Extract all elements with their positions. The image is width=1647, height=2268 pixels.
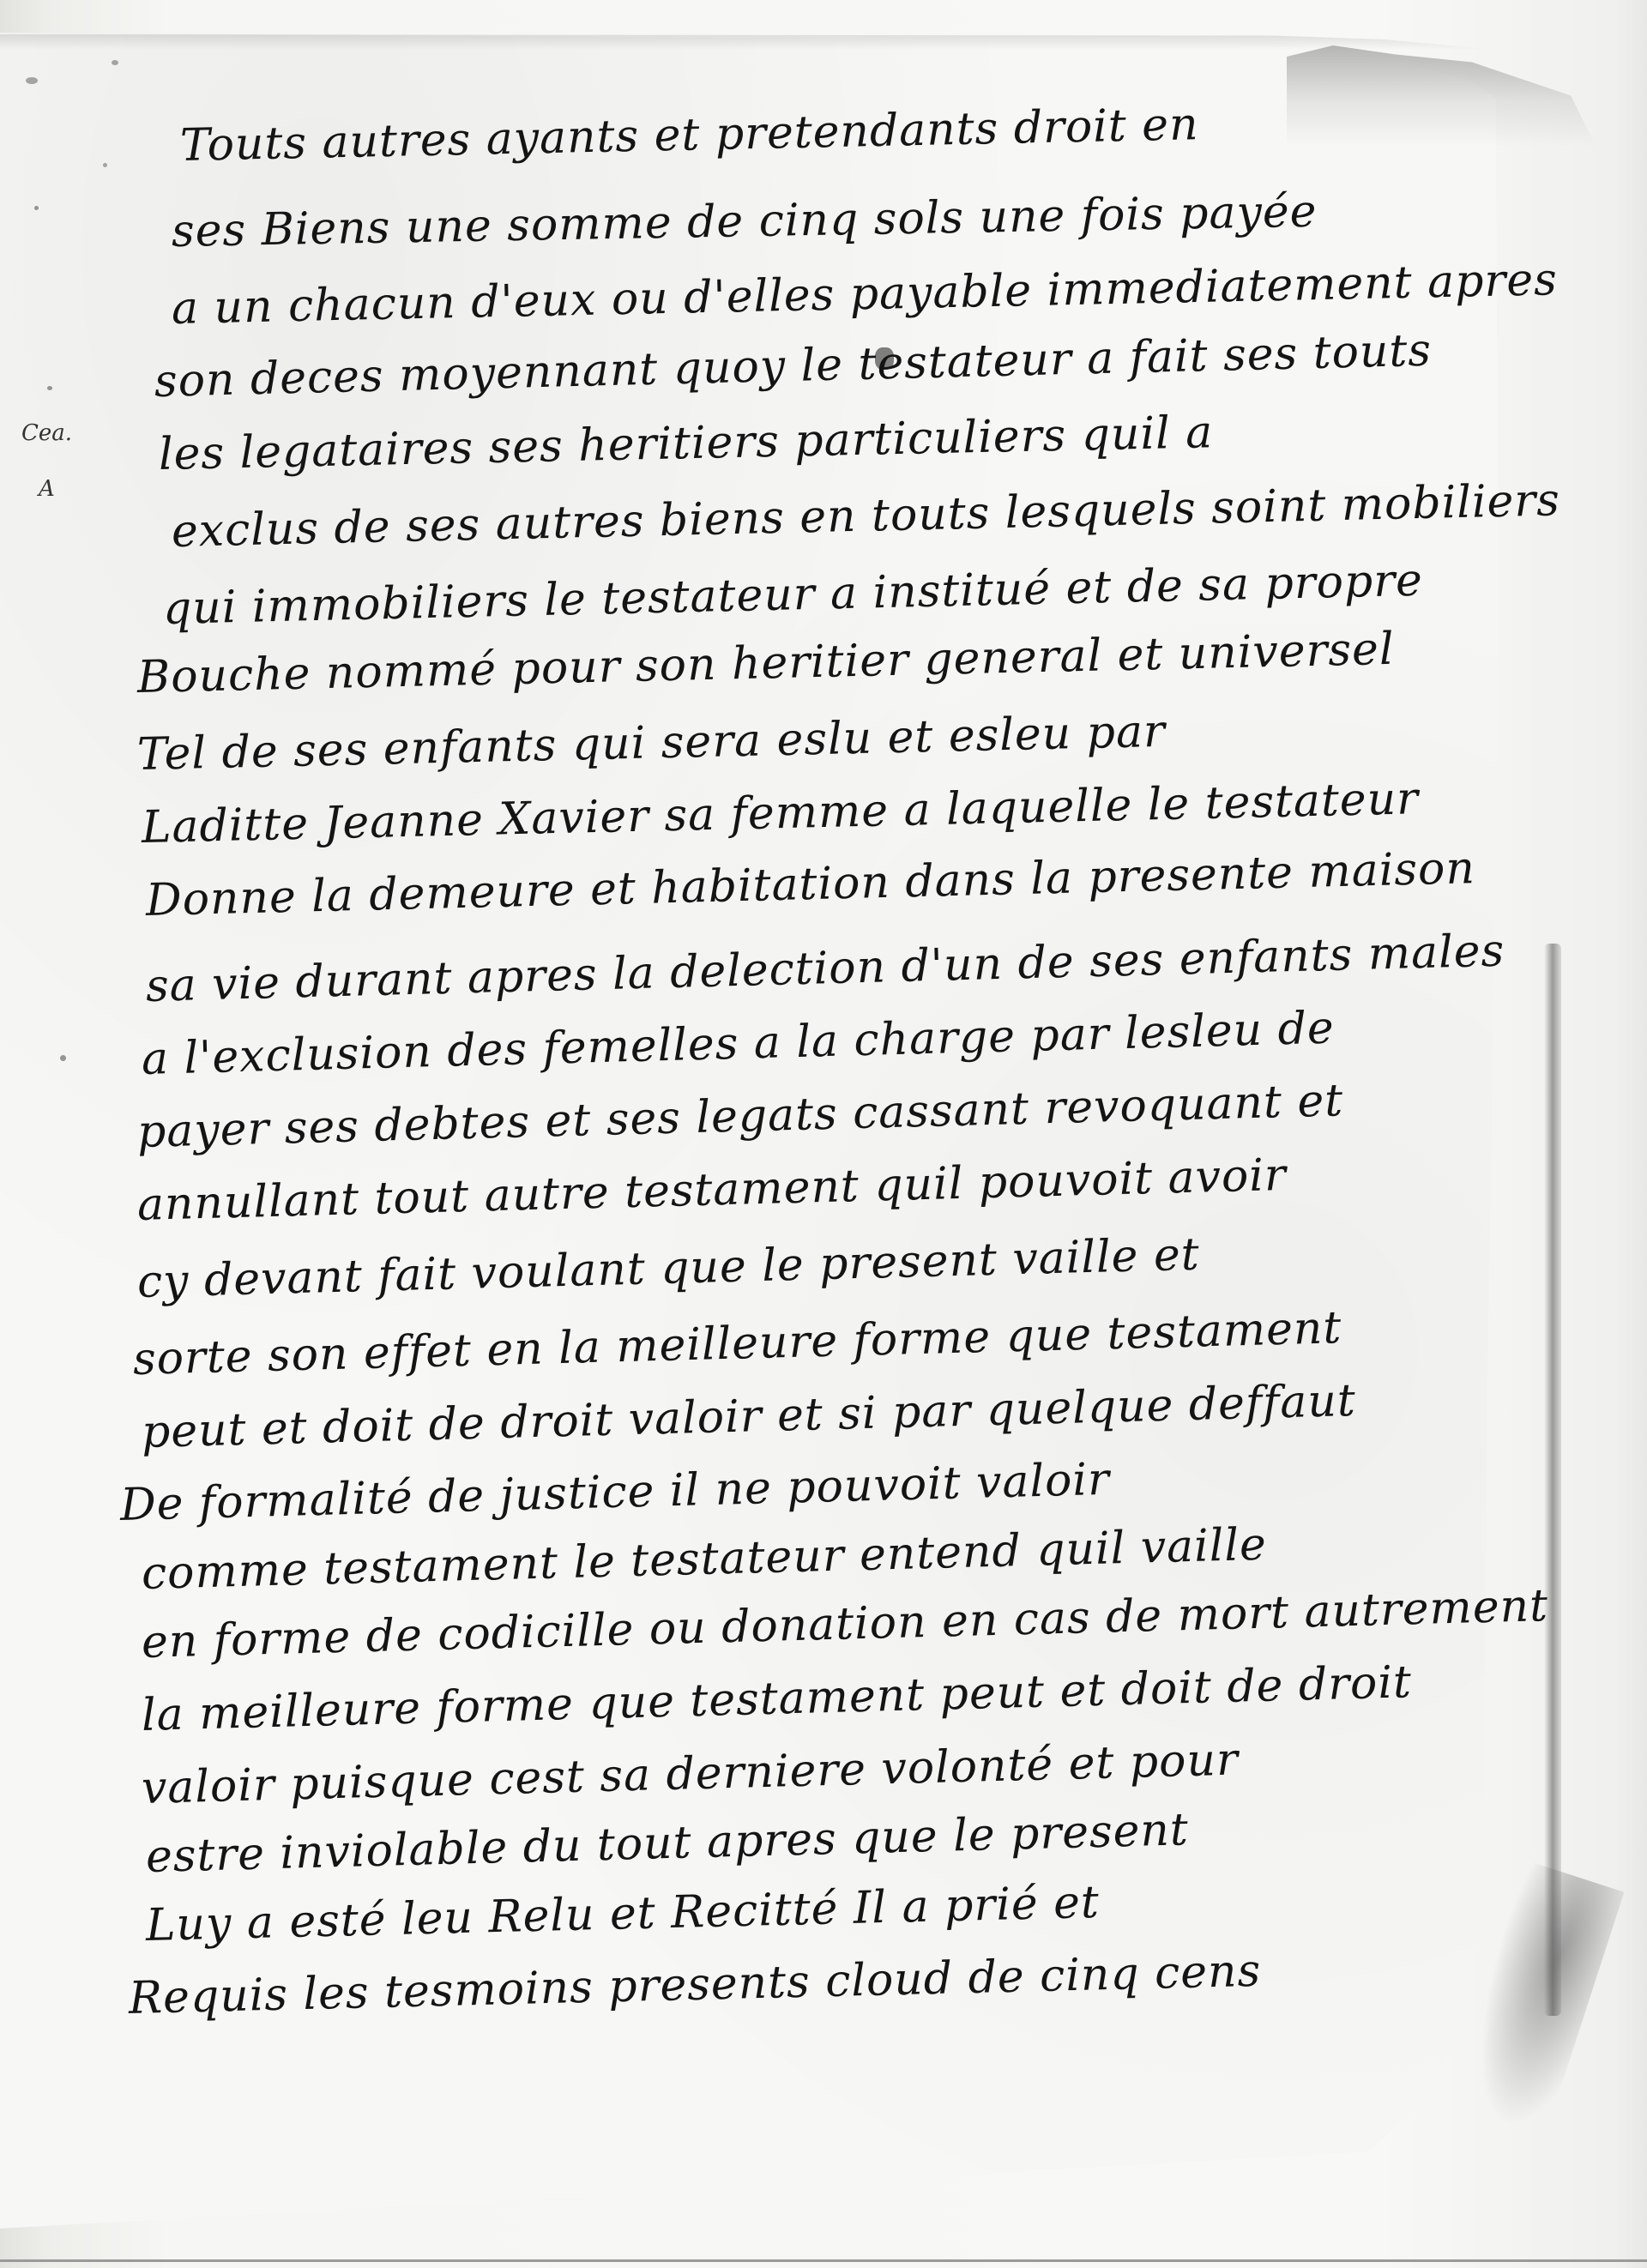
manuscript-line: a un chacun d'eux ou d'elles payable imm… xyxy=(171,254,1558,335)
manuscript-line: Luy a esté leu Relu et Recitté Il a prié… xyxy=(145,1877,1100,1951)
manuscript-line: Touts autres ayants et pretendants droit… xyxy=(179,99,1199,172)
manuscript-line: Tel de ses enfants qui sera eslu et esle… xyxy=(136,706,1166,781)
manuscript-line: Laditte Jeanne Xavier sa femme a laquell… xyxy=(141,773,1419,854)
manuscript-line: son deces moyennant quoy le testateur a … xyxy=(154,325,1432,407)
manuscript-line: qui immobiliers le testateur a institué … xyxy=(162,555,1423,635)
manuscript-line: cy devant fait voulant que le present va… xyxy=(136,1229,1200,1308)
margin-note: Cea. xyxy=(21,420,72,446)
manuscript-line: estre inviolable du tout apres que le pr… xyxy=(145,1804,1189,1883)
manuscript-line: sorte son effet en la meilleure forme qu… xyxy=(132,1302,1342,1385)
manuscript-scan: Touts autres ayants et pretendants droit… xyxy=(0,0,1647,2268)
manuscript-line: De formalité de justice il ne pouvoit va… xyxy=(119,1454,1110,1531)
manuscript-line: peut et doit de droit valoir et si par q… xyxy=(141,1375,1356,1458)
margin-note: A xyxy=(39,476,55,502)
manuscript-line: ses Biens une somme de cinq sols une foi… xyxy=(171,186,1317,257)
manuscript-line: la meilleure forme que testament peut et… xyxy=(141,1656,1412,1741)
manuscript-text: Touts autres ayants et pretendants droit… xyxy=(0,0,1647,2268)
manuscript-line: Donne la demeure et habitation dans la p… xyxy=(145,842,1475,926)
manuscript-line: les legataires ses heritiers particulier… xyxy=(158,407,1213,480)
manuscript-line: payer ses debtes et ses legats cassant r… xyxy=(136,1075,1344,1158)
manuscript-line: Bouche nommé pour son heritier general e… xyxy=(136,624,1395,703)
manuscript-line: annullant tout autre testament quil pouv… xyxy=(136,1149,1287,1231)
manuscript-line: comme testament le testateur entend quil… xyxy=(141,1519,1267,1600)
manuscript-line: exclus de ses autres biens en touts lesq… xyxy=(171,474,1560,558)
manuscript-line: sa vie durant apres la delection d'un de… xyxy=(145,926,1505,1012)
manuscript-line: Requis les tesmoins presents cloud de ci… xyxy=(128,1945,1262,2024)
manuscript-line: a l'exclusion des femelles a la charge p… xyxy=(141,1003,1335,1085)
manuscript-line: valoir puisque cest sa derniere volonté … xyxy=(141,1734,1239,1814)
